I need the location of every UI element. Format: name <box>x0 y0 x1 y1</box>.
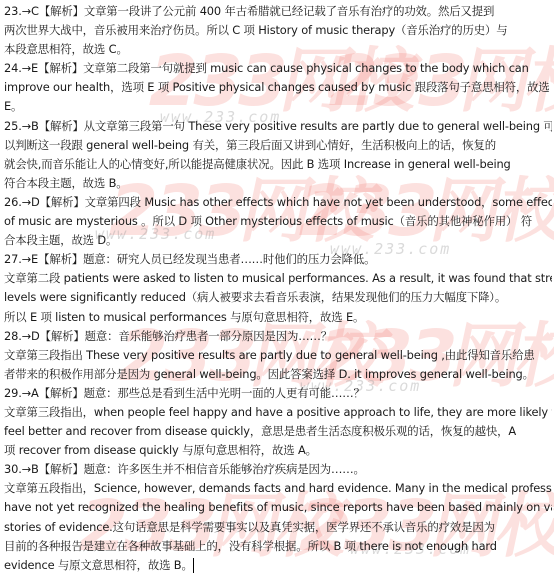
text-line: stories of evidence.这句话意思是科学需要事实以及真凭实据，医… <box>4 518 552 537</box>
text-line: levels were significantly reduced（病人被要求去… <box>4 288 552 307</box>
text-line: 26.→D【解析】文章第四段 Music has other effects w… <box>4 193 552 212</box>
text-line: 就会快,而音乐能让人的心情变好,所以能提高健康状况。因此 B 选项 Increa… <box>4 155 552 174</box>
text-line: 所以 E 项 listen to musical performances 与原… <box>4 308 552 327</box>
text-line: 本段意思相符，故选 C。 <box>4 40 552 59</box>
text-line: 文章第五段指出，Science, however, demands facts … <box>4 479 552 498</box>
text-line: feel better and recover from disease qui… <box>4 422 552 441</box>
text-line: 29.→A【解析】题意：那些总是看到生活中光明一面的人更有可能……？ <box>4 384 552 403</box>
text-line: 27.→E【解析】题意：研究人员已经发现当患者……时他们的压力会降低。 <box>4 250 552 269</box>
text-line: have not yet recognized the healing bene… <box>4 498 552 517</box>
document-body[interactable]: 23.→C【解析】文章第一段讲了公元前 400 年古希腊就已经记载了音乐有治疗的… <box>4 2 552 575</box>
text-line-last: evidence 与原文意思相符，故选 B。 <box>4 556 552 575</box>
text-line: 项 recover from disease quickly 与原句意思相符，故… <box>4 441 552 460</box>
text-line: 文章第三段指出 These very positive results are … <box>4 346 552 365</box>
text-line: 者带来的积极作用部分是因为 general well-being。因此答案选择 … <box>4 365 552 384</box>
text-line: 合本段主题，故选 D。 <box>4 231 552 250</box>
text-line: 25.→B【解析】从文章第三段第一句 These very positive r… <box>4 117 552 136</box>
text-line: 文章第二段 patients were asked to listen to m… <box>4 269 552 288</box>
text-line: 符合本段主题，故选 B。 <box>4 174 552 193</box>
text-line: 目前的各种报告是建立在各种故事基础上的，没有科学根据。所以 B 项 there … <box>4 537 552 556</box>
text-line: evidence 与原文意思相符，故选 B。 <box>4 558 193 572</box>
text-line: 24.→E【解析】文章第二段第一句就提到 music can cause phy… <box>4 59 552 78</box>
text-line: of music are mysterious 。所以 D 项 Other my… <box>4 212 552 231</box>
text-cursor <box>193 558 194 573</box>
text-line: 23.→C【解析】文章第一段讲了公元前 400 年古希腊就已经记载了音乐有治疗的… <box>4 2 552 21</box>
text-line: 两次世界大战中，音乐被用来治疗伤员。所以 C 项 History of musi… <box>4 21 552 40</box>
text-line: improve our health，选项 E 项 Positive physi… <box>4 78 552 97</box>
text-line: 文章第三段指出，when people feel happy and have … <box>4 403 552 422</box>
text-line: 30.→B【解析】题意：许多医生并不相信音乐能够治疗疾病是因为……。 <box>4 460 552 479</box>
text-line: 以判断这一段跟 general well-being 有关，第三段后面又讲到心情… <box>4 136 552 155</box>
text-line: E。 <box>4 97 552 116</box>
text-line: 28.→D【解析】题意：音乐能够治疗患者一部分原因是因为……？ <box>4 327 552 346</box>
